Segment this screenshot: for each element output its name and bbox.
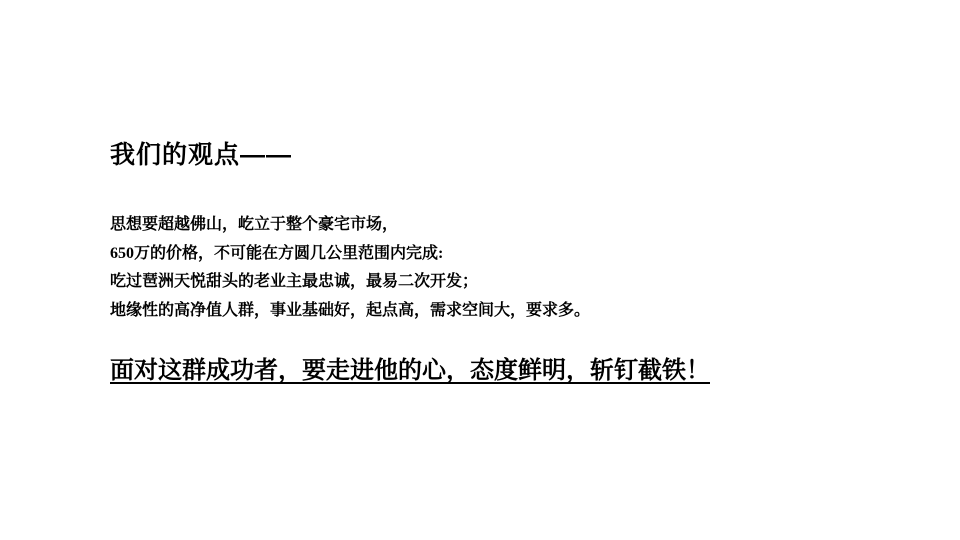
slide-canvas: 我们的观点—— 思想要超越佛山，屹立于整个豪宅市场， 650万的价格，不可能在方…	[0, 0, 960, 540]
body-text-block: 思想要超越佛山，屹立于整个豪宅市场， 650万的价格，不可能在方圆几公里范围内完…	[110, 211, 590, 325]
body-text-line: 650万的价格，不可能在方圆几公里范围内完成:	[110, 240, 590, 269]
slide-title: 我们的观点——	[110, 141, 292, 169]
body-text-line: 思想要超越佛山，屹立于整个豪宅市场，	[110, 211, 590, 240]
body-text-line: 吃过琶洲天悦甜头的老业主最忠诚，最易二次开发；	[110, 268, 590, 297]
emphasis-statement: 面对这群成功者，要走进他的心，态度鲜明，斩钉截铁！	[110, 356, 710, 386]
body-text-line: 地缘性的高净值人群，事业基础好，起点高，需求空间大，要求多。	[110, 297, 590, 326]
